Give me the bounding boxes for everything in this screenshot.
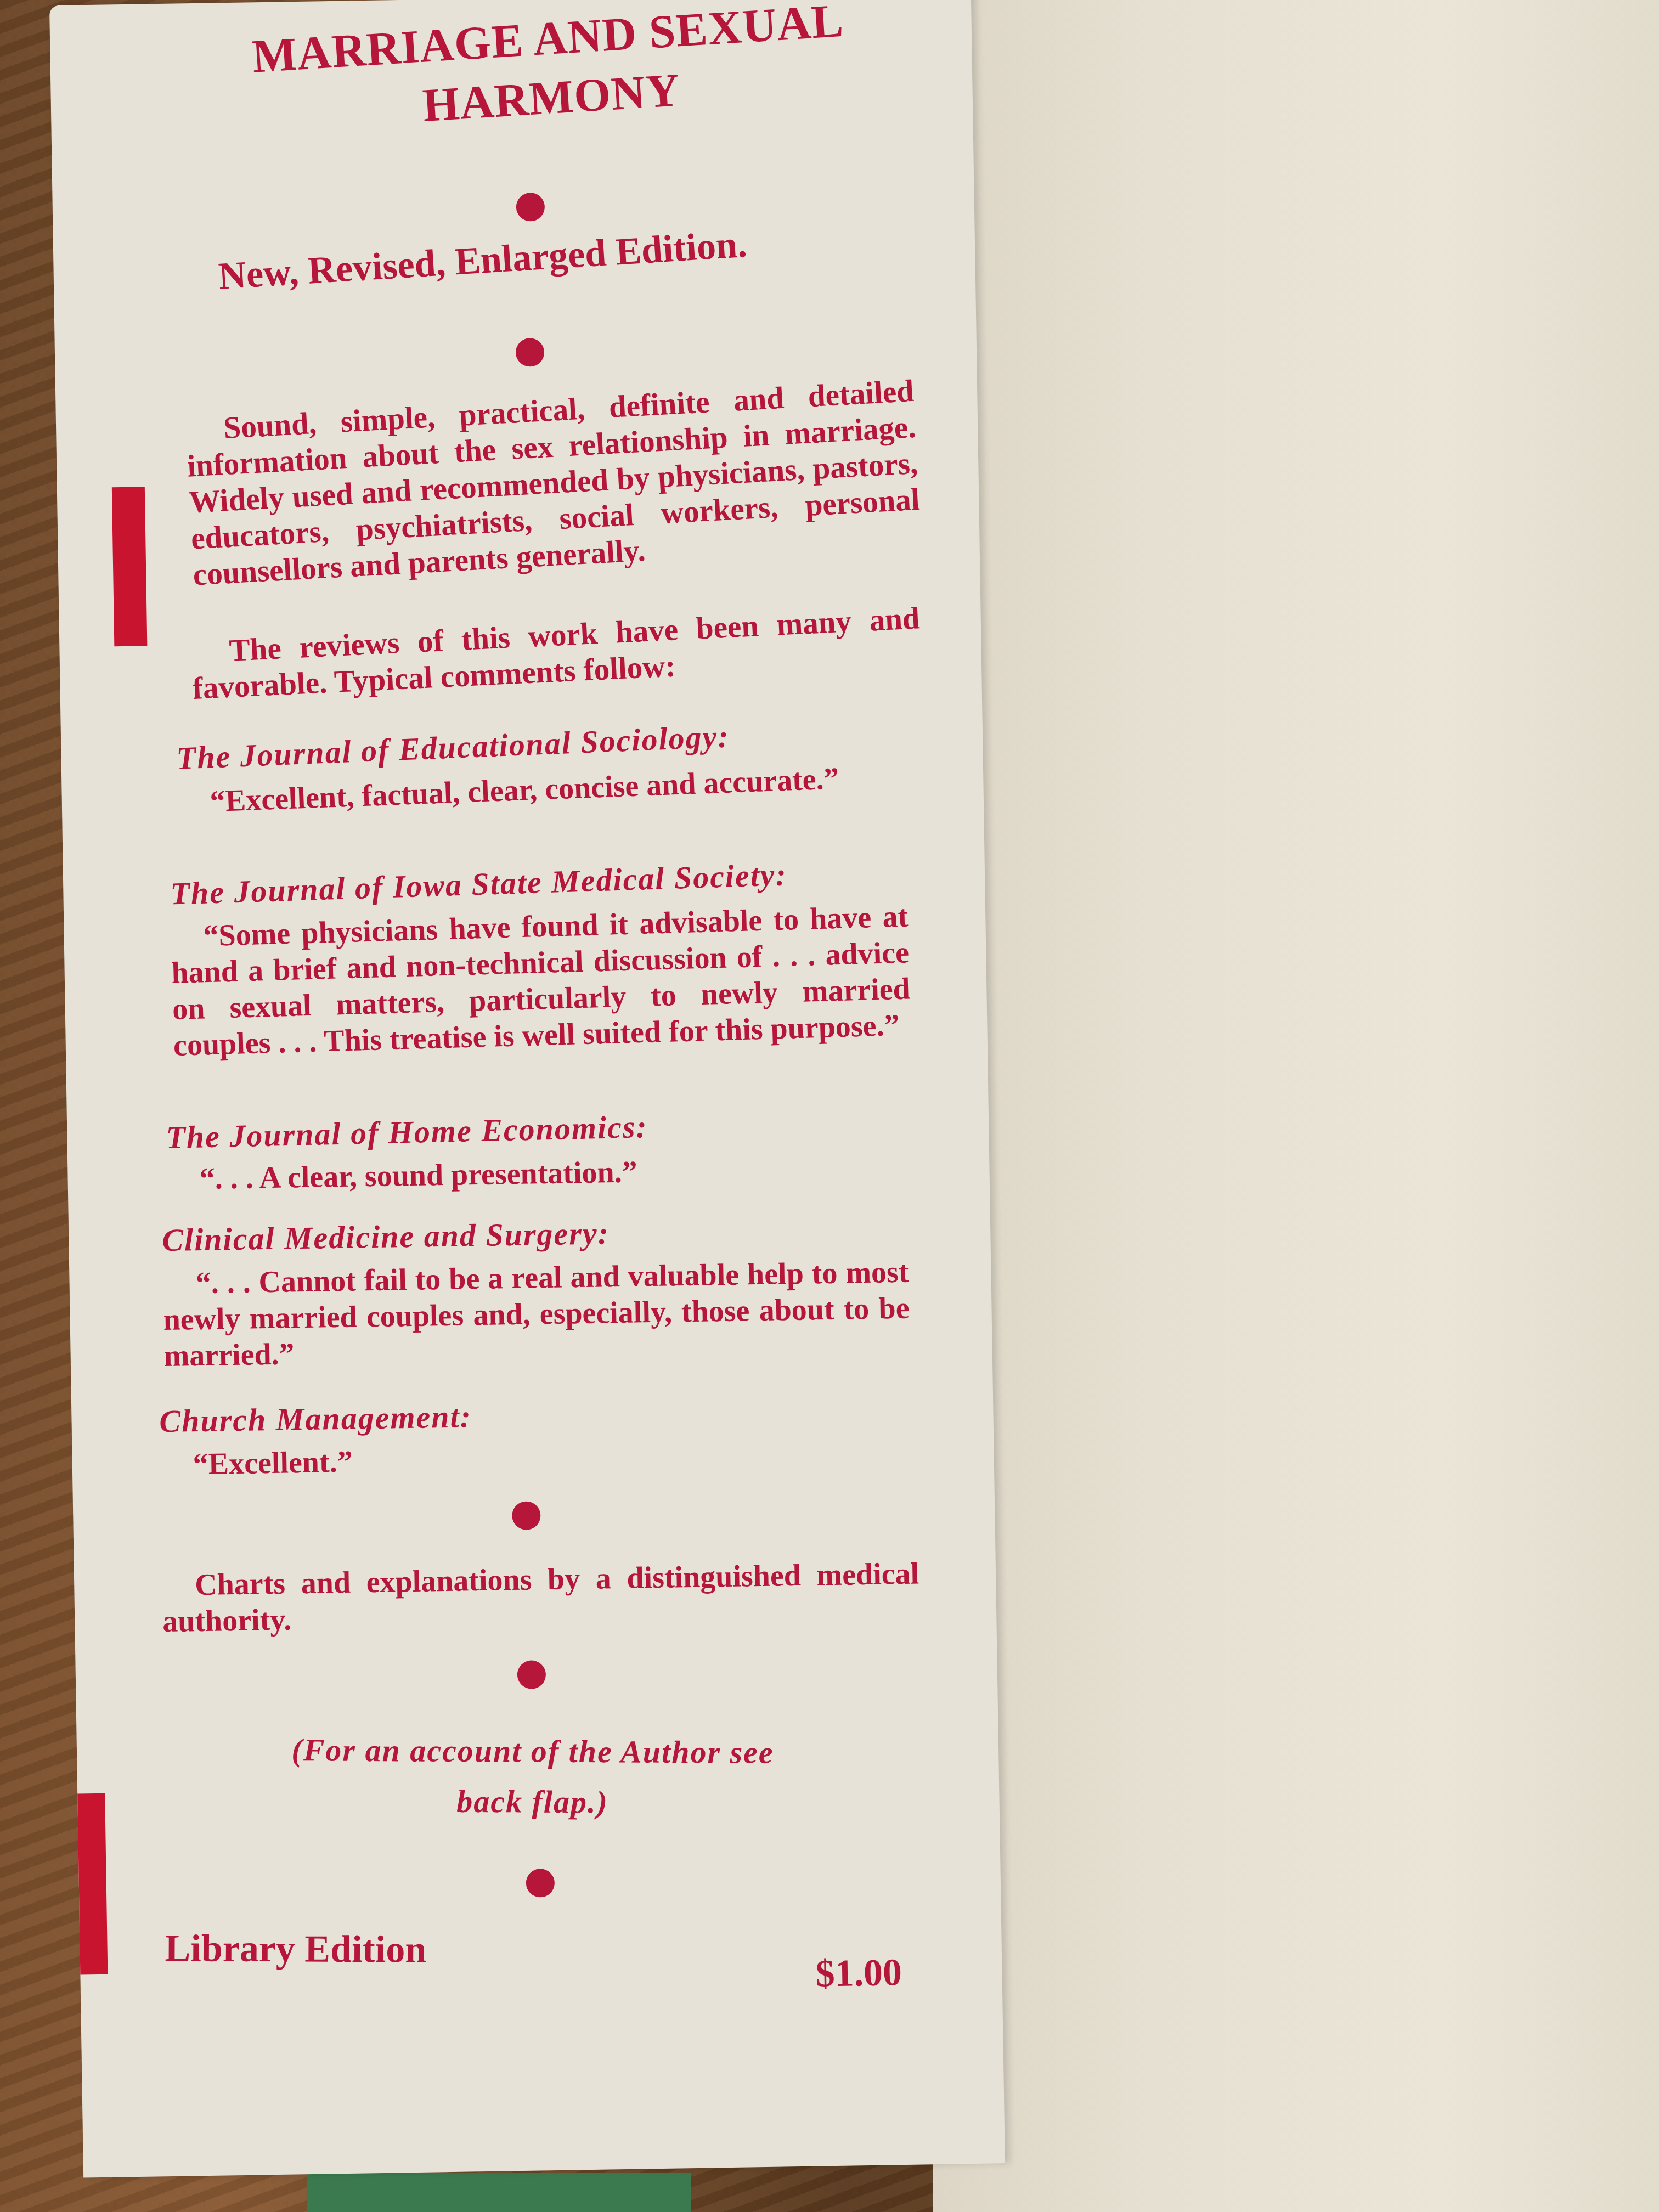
edition-subtitle: New, Revised, Enlarged Edition. bbox=[217, 211, 932, 298]
description-paragraph: Sound, simple, practical, definite and d… bbox=[184, 373, 923, 593]
price-label: $1.00 bbox=[815, 1951, 902, 1996]
review-source: Church Management: bbox=[159, 1398, 472, 1440]
bullet-dot-icon bbox=[517, 1660, 546, 1689]
red-spine-tab-bottom bbox=[77, 1793, 108, 1975]
jacket-flap: MARRIAGE AND SEXUAL HARMONY New, Revised… bbox=[49, 0, 1005, 2178]
review-source: Clinical Medicine and Surgery: bbox=[162, 1215, 610, 1259]
red-spine-tab-top bbox=[112, 487, 148, 646]
green-book-edge bbox=[307, 2172, 691, 2212]
review-quote: “. . . Cannot fail to be a real and valu… bbox=[162, 1254, 910, 1374]
review-source: The Journal of Iowa State Medical Societ… bbox=[170, 856, 787, 912]
review-source: The Journal of Home Economics: bbox=[166, 1108, 648, 1156]
review-quote: “Excellent.” bbox=[160, 1435, 906, 1483]
review-quote: “. . . A clear, sound presentation.” bbox=[166, 1150, 907, 1198]
review-quote: “Some physicians have found it advisable… bbox=[170, 898, 912, 1063]
bullet-dot-icon bbox=[516, 338, 545, 367]
charts-note: Charts and explanations by a distinguish… bbox=[162, 1555, 920, 1640]
edition-label: Library Edition bbox=[165, 1927, 427, 1972]
book-title: MARRIAGE AND SEXUAL HARMONY bbox=[190, 0, 910, 149]
author-note: (For an account of the Author see back f… bbox=[258, 1725, 807, 1829]
reviews-intro: The reviews of this work have been many … bbox=[190, 600, 922, 707]
bullet-dot-icon bbox=[512, 1501, 541, 1530]
bullet-dot-icon bbox=[516, 193, 545, 222]
book-cover-board bbox=[933, 0, 1659, 2212]
bullet-dot-icon bbox=[526, 1869, 555, 1898]
